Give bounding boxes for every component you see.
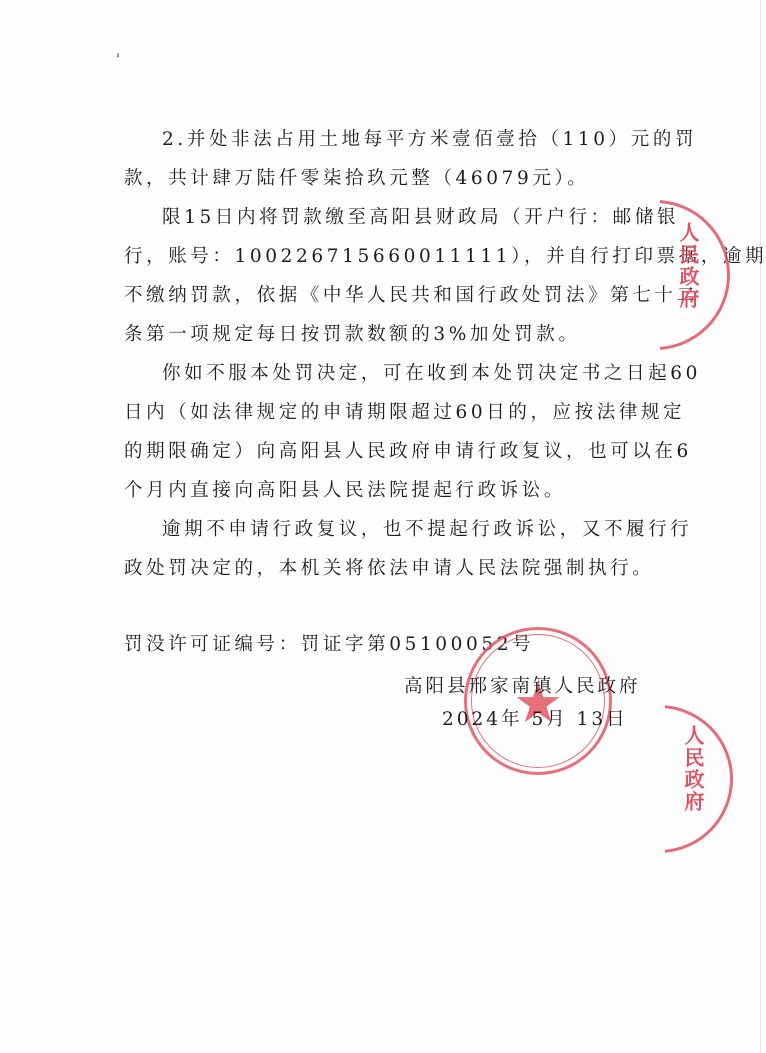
paragraph-4-line-1: 逾期不申请行政复议，也不提起行政诉讼，又不履行行: [162, 518, 692, 542]
seal-partial-lower: 人民政府: [665, 705, 745, 855]
paragraph-2-line-4: 条第一项规定每日按罚款数额的3%加处罚款。: [124, 323, 580, 347]
seal-partial-upper: 人民政府: [660, 200, 740, 350]
paragraph-4-line-2: 政处罚决定的，本机关将依法申请人民法院强制执行。: [124, 557, 654, 581]
corner-mark: ': [116, 52, 120, 68]
official-seal: ★: [464, 627, 612, 775]
paragraph-2-line-3: 不缴纳罚款，依据《中华人民共和国行政处罚法》第七十二: [124, 284, 699, 308]
paragraph-3-line-1: 你如不服本处罚决定，可在收到本处罚决定书之日起60: [162, 362, 701, 386]
paragraph-3-line-4: 个月内直接向高阳县人民法院提起行政诉讼。: [124, 479, 566, 503]
seal-lower-text: 人民政府: [679, 725, 708, 813]
signature-organization: 高阳县邢家南镇人民政府: [404, 672, 641, 698]
signature-date: 2024年 5月 13日: [442, 705, 628, 731]
paragraph-1-line-2: 款，共计肆万陆仟零柒拾玖元整（46079元）。: [124, 167, 589, 191]
paragraph-1-line-1: 2.并处非法占用土地每平方米壹佰壹拾（110）元的罚: [162, 128, 697, 152]
document-page: ' 2.并处非法占用土地每平方米壹佰壹拾（110）元的罚 款，共计肆万陆仟零柒拾…: [0, 0, 766, 1053]
paragraph-3-line-2: 日内（如法律规定的申请期限超过60日的，应按法律规定: [124, 401, 685, 425]
seal-upper-text: 人民政府: [674, 222, 703, 310]
paragraph-3-line-3: 的期限确定）向高阳县人民政府申请行政复议，也可以在6: [124, 440, 692, 464]
license-number: 罚没许可证编号：罚证字第05100052号: [124, 633, 534, 657]
paragraph-2-line-1: 限15日内将罚款缴至高阳县财政局（开户行：邮储银: [162, 206, 679, 230]
page-edge: [760, 0, 761, 1053]
